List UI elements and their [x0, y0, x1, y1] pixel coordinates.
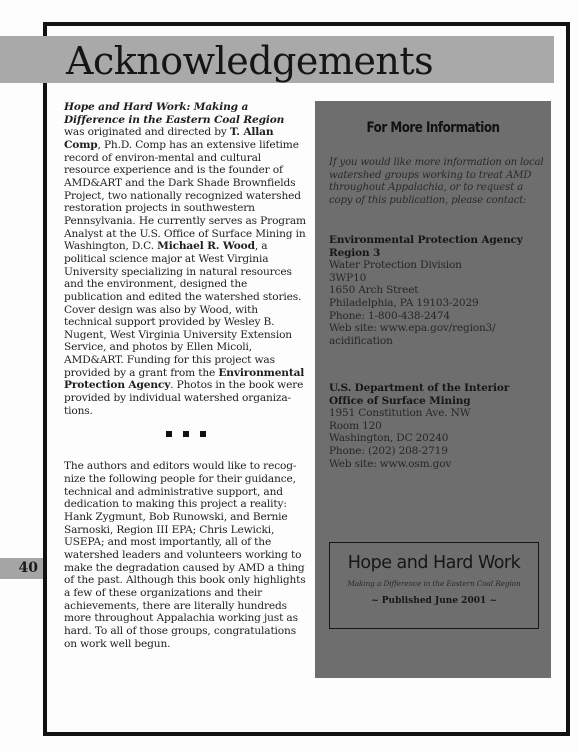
publication-promo-box: Hope and Hard Work Making a Difference i…: [329, 542, 539, 629]
contact-website: Web site: www.epa.gov/region3/: [329, 322, 547, 335]
contact-epa: Environmental Protection Agency Region 3…: [329, 234, 547, 347]
contact-osm: U.S. Department of the Interior Office o…: [329, 382, 547, 470]
credits-text: was originated and directed by: [64, 126, 230, 138]
contact-line: 1650 Arch Street: [329, 284, 547, 297]
contact-org: Region 3: [329, 247, 547, 260]
contact-website: acidification: [329, 335, 547, 348]
contact-org: U.S. Department of the Interior: [329, 382, 547, 395]
contact-line: Washington, DC 20240: [329, 432, 547, 445]
contact-line: Room 120: [329, 420, 547, 433]
square-bullet-icon: [166, 431, 172, 437]
section-divider: [64, 431, 307, 437]
credits-paragraph: Hope and Hard Work: Making a Difference …: [64, 101, 307, 417]
contact-org: Office of Surface Mining: [329, 395, 547, 408]
contact-org: Environmental Protection Agency: [329, 234, 547, 247]
contact-line: 1951 Constitution Ave. NW: [329, 407, 547, 420]
contact-phone: Phone: (202) 208-2719: [329, 445, 547, 458]
promo-date: ~ Published June 2001 ~: [330, 596, 538, 606]
publication-title: Hope and Hard Work: Making a Difference …: [64, 101, 284, 126]
contact-website: Web site: www.osm.gov: [329, 458, 547, 471]
promo-subtitle: Making a Difference in the Eastern Coal …: [330, 579, 538, 588]
contact-line: Water Protection Division: [329, 259, 547, 272]
sidebar-title: For More Information: [336, 120, 530, 136]
contact-line: Philadelphia, PA 19103-2029: [329, 297, 547, 310]
square-bullet-icon: [200, 431, 206, 437]
promo-title: Hope and Hard Work: [330, 553, 538, 573]
designer-name: Michael R. Wood: [157, 240, 255, 252]
thanks-paragraph: The authors and editors would like to re…: [64, 460, 307, 650]
square-bullet-icon: [183, 431, 189, 437]
page-number: 40: [0, 558, 38, 579]
page-title: Acknowledgements: [66, 36, 433, 83]
contact-phone: Phone: 1-800-438-2474: [329, 310, 547, 323]
left-column: Hope and Hard Work: Making a Difference …: [64, 101, 307, 650]
more-info-sidebar: For More Information If you would like m…: [315, 101, 551, 678]
sidebar-intro: If you would like more information on lo…: [329, 157, 547, 207]
credits-text: , Ph.D. Comp has an extensive lifetime r…: [64, 139, 306, 252]
credits-text: , a political science major at West Virg…: [64, 240, 301, 379]
contact-line: 3WP10: [329, 272, 547, 285]
